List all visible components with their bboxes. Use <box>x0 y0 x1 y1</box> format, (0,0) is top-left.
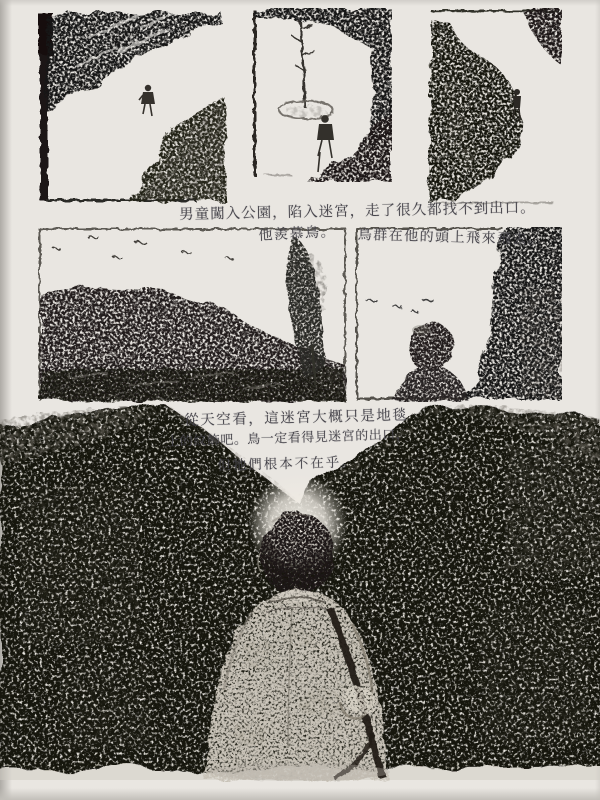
panel2-left-border <box>253 10 256 176</box>
panel6-ground-shadow <box>210 763 390 781</box>
panel4-bottom-band <box>40 369 345 401</box>
panel1-boy-figure <box>139 85 155 116</box>
panel5-boy-head-silhouette <box>393 322 469 401</box>
page-edge-bottom <box>0 788 600 800</box>
page-edge-top <box>0 0 600 6</box>
panel2-boy-figure <box>317 115 334 172</box>
boy-cuff <box>345 687 375 713</box>
caption-row1: 男童闖入公園，陷入迷宮，走了很久都找不到出口。 <box>179 196 536 224</box>
panel-5-boy-watching-birds <box>355 227 562 402</box>
panel3-ink-blob <box>429 18 521 204</box>
panel4-birds <box>52 237 233 260</box>
panel1-dark-cloud <box>44 13 222 111</box>
scanned-comic-page: 男童闖入公園，陷入迷宮，走了很久都找不到出口。 他羨慕鳥。 鳥群在他的頭上飛來飛… <box>0 0 600 800</box>
boy-head <box>260 512 334 596</box>
panel5-birds <box>365 299 434 313</box>
panel-2-tree-walk <box>252 8 392 182</box>
panel-4-hedge-landscape <box>38 227 347 403</box>
panel2-tree <box>292 20 314 108</box>
panel-1-gorge <box>38 9 228 205</box>
panel3-top-right-mass <box>521 8 562 66</box>
panel-3-dark-mass <box>425 8 562 208</box>
caption-panel4: 他羨慕鳥。 <box>258 221 336 245</box>
caption-bottom-line3: 但牠們根本不在乎。 <box>217 450 357 474</box>
